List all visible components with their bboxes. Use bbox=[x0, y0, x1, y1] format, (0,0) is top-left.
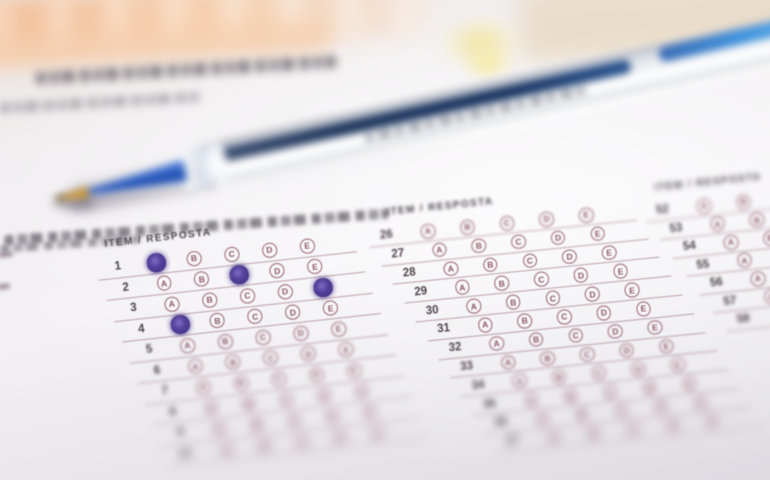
item-number: 54 bbox=[671, 240, 696, 254]
bubble-A: A bbox=[723, 234, 739, 250]
item-number: 26 bbox=[368, 229, 393, 243]
bubble-D: D bbox=[324, 408, 340, 424]
bubble-D: D bbox=[550, 230, 566, 246]
item-number: 1 bbox=[97, 260, 122, 275]
bubble-D: D bbox=[300, 346, 316, 362]
bubble-A: A bbox=[179, 338, 195, 354]
bubble-B: B bbox=[186, 250, 202, 266]
bubble-E: E bbox=[330, 321, 346, 337]
bubble-A-filled: A bbox=[146, 252, 167, 273]
bubble-C: C bbox=[239, 288, 255, 304]
item-number: 34 bbox=[460, 379, 485, 393]
bubble-C: C bbox=[263, 350, 279, 366]
bubble-E: E bbox=[693, 395, 709, 411]
bubble-C: C bbox=[533, 271, 549, 287]
bubble-C: C bbox=[556, 309, 572, 325]
bubble-E: E bbox=[354, 383, 370, 399]
bubble-E: E bbox=[346, 362, 362, 378]
bubble-D: D bbox=[607, 324, 623, 340]
item-number: 10 bbox=[167, 447, 192, 462]
bubble-E: E bbox=[681, 376, 697, 392]
bubble-A: A bbox=[500, 354, 516, 370]
bubble-D: D bbox=[665, 417, 681, 433]
bubble-D: D bbox=[573, 267, 589, 283]
bubble-D: D bbox=[285, 304, 301, 320]
item-number: 6 bbox=[136, 364, 161, 379]
bubble-A: A bbox=[443, 261, 459, 277]
item-number: 52 bbox=[644, 204, 669, 218]
bubble-C: C bbox=[522, 253, 538, 269]
bubble-B: B bbox=[505, 294, 521, 310]
bubble-B: B bbox=[471, 238, 487, 254]
pen-tip-point bbox=[55, 194, 66, 202]
bubble-A: A bbox=[156, 275, 172, 291]
answer-sheet-photo: ITEM / RESPOSTA 1ABCDE2ABCDE3ABCDE4ABCDE… bbox=[0, 0, 770, 480]
bubble-E: E bbox=[338, 342, 354, 358]
bubble-C: C bbox=[247, 308, 263, 324]
bubble-D: D bbox=[619, 342, 635, 358]
bubble-C: C bbox=[568, 328, 584, 344]
bubble-B: B bbox=[256, 437, 272, 453]
bubble-E-filled: E bbox=[312, 277, 333, 298]
bubble-A: A bbox=[420, 223, 436, 239]
bubble-C: C bbox=[286, 412, 302, 428]
bubble-A: A bbox=[203, 400, 219, 416]
bubble-C: C bbox=[499, 215, 515, 231]
bubble-E: E bbox=[307, 259, 323, 275]
bubble-E: E bbox=[670, 357, 686, 373]
item-number: 31 bbox=[426, 323, 451, 337]
bubble-C: C bbox=[510, 234, 526, 250]
bubble-E: E bbox=[362, 404, 378, 420]
bubble-A: A bbox=[511, 373, 527, 389]
item-number: 27 bbox=[380, 248, 405, 262]
bubble-A: A bbox=[523, 392, 539, 408]
bubble-D: D bbox=[630, 361, 646, 377]
item-number: 29 bbox=[403, 285, 428, 299]
bubble-B: B bbox=[482, 257, 498, 273]
bubble-A: A bbox=[546, 429, 562, 445]
bubble-D: D bbox=[332, 429, 348, 445]
bubble-A: A bbox=[164, 296, 180, 312]
bubble-A: A bbox=[489, 336, 505, 352]
bubble-E: E bbox=[323, 300, 339, 316]
bubble-D: D bbox=[653, 399, 669, 415]
bubble-E: E bbox=[299, 238, 315, 254]
bubble-D: D bbox=[584, 286, 600, 302]
item-number: 55 bbox=[685, 258, 710, 272]
item-number: 33 bbox=[448, 360, 473, 374]
bubble-D: D bbox=[293, 325, 309, 341]
item-number: 30 bbox=[414, 304, 439, 318]
bubble-B: B bbox=[217, 333, 233, 349]
bubble-A: A bbox=[187, 358, 203, 374]
item-number: 9 bbox=[159, 427, 184, 442]
item-number: 36 bbox=[483, 416, 508, 430]
bubble-E: E bbox=[578, 207, 594, 223]
bubble-B: B bbox=[735, 194, 751, 210]
item-number: 5 bbox=[128, 344, 153, 359]
bubble-B: B bbox=[585, 425, 601, 441]
bubble-A-filled: A bbox=[169, 314, 190, 335]
bubble-B: B bbox=[194, 271, 210, 287]
bubble-B: B bbox=[749, 212, 765, 228]
bubble-B: B bbox=[563, 388, 579, 404]
item-number: 4 bbox=[120, 323, 145, 338]
bubble-C: C bbox=[271, 371, 287, 387]
bubble-C: C bbox=[591, 365, 607, 381]
item-number: 57 bbox=[712, 295, 737, 309]
bubble-B: B bbox=[528, 332, 544, 348]
bubble-D: D bbox=[269, 263, 285, 279]
bubble-C: C bbox=[545, 290, 561, 306]
item-number: 2 bbox=[104, 281, 129, 296]
bubble-B: B bbox=[517, 313, 533, 329]
bubble-E: E bbox=[658, 338, 674, 354]
bubble-A: A bbox=[477, 317, 493, 333]
bubble-A: A bbox=[431, 242, 447, 258]
bubble-D: D bbox=[277, 284, 293, 300]
bubble-E: E bbox=[590, 226, 606, 242]
bubble-B: B bbox=[459, 219, 475, 235]
bubble-C: C bbox=[255, 329, 271, 345]
item-number: 7 bbox=[144, 385, 169, 400]
bubble-A: A bbox=[454, 279, 470, 295]
bubble-A: A bbox=[709, 216, 725, 232]
bubble-B: B bbox=[202, 292, 218, 308]
bubble-B: B bbox=[574, 407, 590, 423]
item-number: 37 bbox=[494, 435, 519, 449]
bubble-D: D bbox=[308, 367, 324, 383]
bubble-A: A bbox=[763, 289, 770, 305]
bubble-C: C bbox=[224, 246, 240, 262]
bubble-A: A bbox=[195, 379, 211, 395]
item-number: 56 bbox=[698, 276, 723, 290]
bubble-B: B bbox=[540, 350, 556, 366]
bubble-A: A bbox=[534, 411, 550, 427]
bubble-D: D bbox=[539, 211, 555, 227]
bubble-B: B bbox=[248, 416, 264, 432]
bubble-A: A bbox=[211, 421, 227, 437]
bubble-D: D bbox=[316, 387, 332, 403]
bubble-B: B bbox=[762, 230, 770, 246]
bubble-B: B bbox=[233, 375, 249, 391]
bubble-A: A bbox=[696, 198, 712, 214]
bubble-E: E bbox=[601, 245, 617, 261]
bubble-E: E bbox=[704, 413, 720, 429]
bubble-C: C bbox=[579, 346, 595, 362]
bubble-B: B bbox=[209, 313, 225, 329]
bubble-D: D bbox=[642, 380, 658, 396]
bubble-A: A bbox=[466, 298, 482, 314]
bubble-E: E bbox=[613, 263, 629, 279]
bubble-D: D bbox=[596, 305, 612, 321]
item-number: 58 bbox=[725, 313, 750, 327]
bubble-C: C bbox=[294, 433, 310, 449]
item-number: 8 bbox=[151, 406, 176, 421]
bubble-B: B bbox=[225, 354, 241, 370]
bubble-B: B bbox=[551, 369, 567, 385]
bubble-B: B bbox=[494, 275, 510, 291]
bubble-A: A bbox=[736, 252, 752, 268]
bubble-C: C bbox=[614, 403, 630, 419]
bubble-D: D bbox=[562, 249, 578, 265]
bubble-C: C bbox=[278, 392, 294, 408]
bubble-C: C bbox=[625, 421, 641, 437]
bubble-E: E bbox=[635, 301, 651, 317]
bubble-C: C bbox=[602, 384, 618, 400]
pen-cone-blue bbox=[83, 160, 187, 203]
bubble-E: E bbox=[370, 425, 386, 441]
item-number: 32 bbox=[437, 341, 462, 355]
bubble-D: D bbox=[261, 242, 277, 258]
bubble-E: E bbox=[624, 282, 640, 298]
item-number: 3 bbox=[112, 302, 137, 317]
item-number: 53 bbox=[658, 222, 683, 236]
bubble-A: A bbox=[750, 271, 766, 287]
item-number: 35 bbox=[471, 397, 496, 411]
item-number: 28 bbox=[391, 266, 416, 280]
bubble-C-filled: C bbox=[229, 265, 250, 286]
bubble-B: B bbox=[241, 396, 257, 412]
bubble-A: A bbox=[219, 441, 235, 457]
